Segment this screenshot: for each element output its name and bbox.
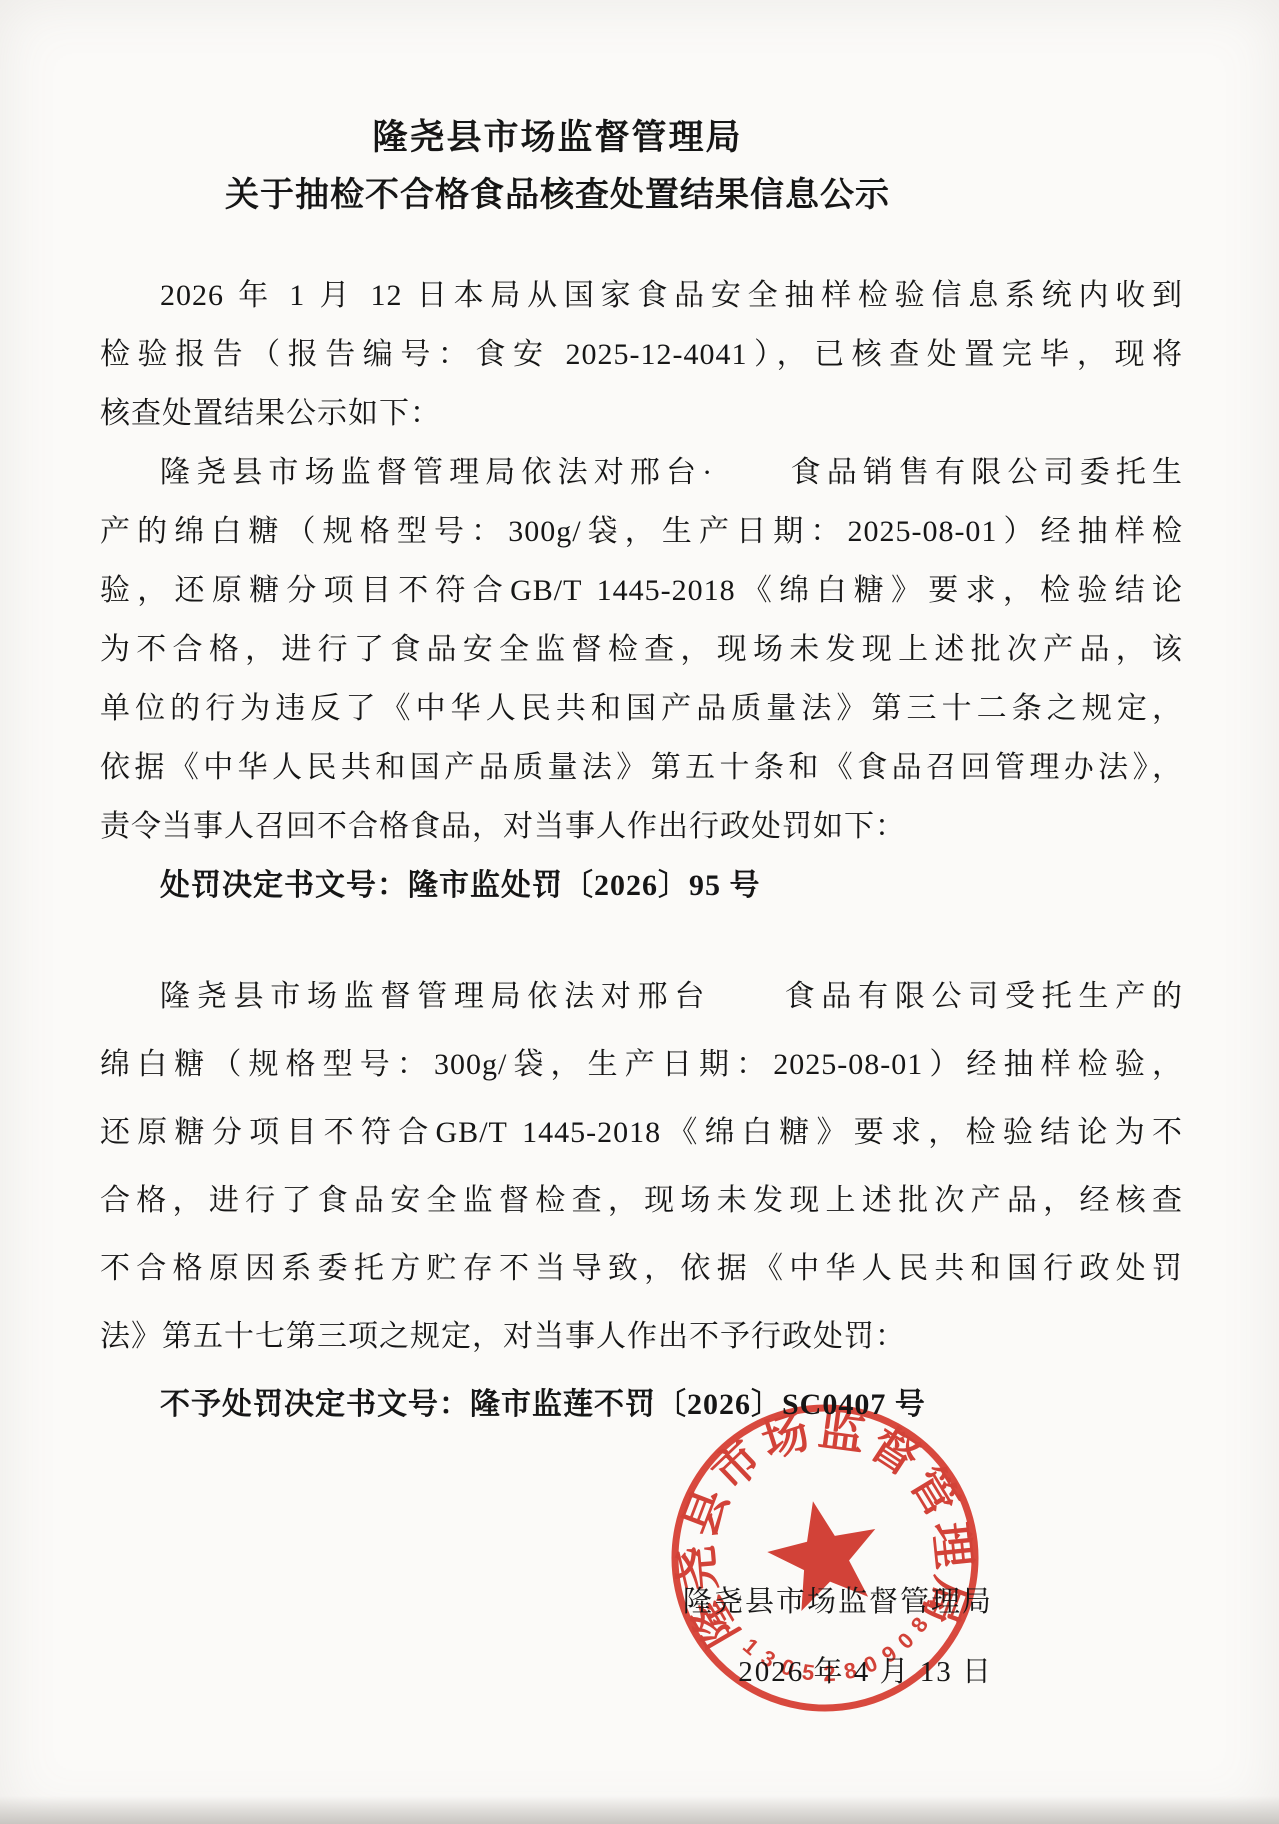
signature-date: 2026 年 4 月 13 日 <box>100 1637 993 1707</box>
body-section-1: 2026 年 1 月 12 日本局从国家食品安全抽样检验信息系统内收到 检验报告… <box>100 266 1183 915</box>
penalty-decision-number: 处罚决定书文号：隆市监处罚〔2026〕95 号 <box>100 856 1183 915</box>
document-page: 隆尧县市场监督管理局 13052809081 隆尧县市场监督管理局 关于抽检不合… <box>0 0 1279 1824</box>
body-line: 2026 年 1 月 12 日本局从国家食品安全抽样检验信息系统内收到 <box>100 266 1183 325</box>
title-block: 隆尧县市场监督管理局 关于抽检不合格食品核查处置结果信息公示 <box>16 0 1099 218</box>
body-line: 绵白糖（规格型号：300g/袋，生产日期：2025-08-01）经抽样检验， <box>100 1031 1183 1099</box>
document-content: 隆尧县市场监督管理局 关于抽检不合格食品核查处置结果信息公示 2026 年 1 … <box>0 0 1279 1707</box>
body-line: 核查处置结果公示如下： <box>100 384 1183 443</box>
body-line: 不合格原因系委托方贮存不当导致，依据《中华人民共和国行政处罚 <box>100 1235 1183 1303</box>
body-line: 验，还原糖分项目不符合GB/T 1445-2018《绵白糖》要求，检验结论 <box>100 561 1183 620</box>
body-line: 法》第五十七第三项之规定，对当事人作出不予行政处罚： <box>100 1303 1183 1371</box>
body-line: 责令当事人召回不合格食品，对当事人作出行政处罚如下： <box>100 797 1183 856</box>
body-line: 检验报告（报告编号：食安 2025-12-4041），已核查处置完毕，现将 <box>100 325 1183 384</box>
document-title: 隆尧县市场监督管理局 <box>16 0 1099 160</box>
body-line: 合格，进行了食品安全监督检查，现场未发现上述批次产品，经核查 <box>100 1167 1183 1235</box>
signature-block: 隆尧县市场监督管理局 2026 年 4 月 13 日 <box>100 1567 1183 1707</box>
body-line: 为不合格，进行了食品安全监督检查，现场未发现上述批次产品，该 <box>100 620 1183 679</box>
body-line: 产的绵白糖（规格型号：300g/袋，生产日期：2025-08-01）经抽样检 <box>100 502 1183 561</box>
body-line: 单位的行为违反了《中华人民共和国产品质量法》第三十二条之规定， <box>100 679 1183 738</box>
no-penalty-decision-number: 不予处罚决定书文号：隆市监莲不罚〔2026〕SC0407 号 <box>100 1371 1183 1439</box>
signature-org: 隆尧县市场监督管理局 <box>100 1567 993 1637</box>
body-section-2: 隆尧县市场监督管理局依法对邢台 食品有限公司受托生产的 绵白糖（规格型号：300… <box>100 963 1183 1439</box>
document-subtitle: 关于抽检不合格食品核查处置结果信息公示 <box>16 174 1099 218</box>
body-line: 隆尧县市场监督管理局依法对邢台· 食品销售有限公司委托生 <box>100 443 1183 502</box>
body-line: 依据《中华人民共和国产品质量法》第五十条和《食品召回管理办法》， <box>100 738 1183 797</box>
body-line: 还原糖分项目不符合GB/T 1445-2018《绵白糖》要求，检验结论为不 <box>100 1099 1183 1167</box>
body-line: 隆尧县市场监督管理局依法对邢台 食品有限公司受托生产的 <box>100 963 1183 1031</box>
